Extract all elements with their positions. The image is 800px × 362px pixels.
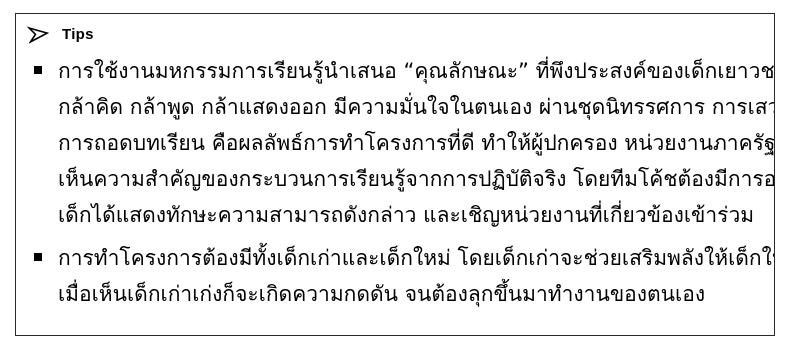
tip-line: เด็กได้แสดงทักษะความสามารถดังกล่าว และเช… (58, 197, 775, 233)
tips-header-label: Tips (62, 26, 94, 43)
tip-line: การถอดบทเรียน คือผลลัพธ์การทำโครงการที่ด… (58, 125, 775, 161)
tip-item-text: การใช้งานมหกรรมการเรียนรู้นำเสนอ “คุณลัก… (58, 53, 775, 233)
tip-line: การทำโครงการต้องมีทั้งเด็กเก่าและเด็กใหม… (58, 240, 775, 276)
tip-line: เมื่อเห็นเด็กเก่าเก่งก็จะเกิดความกดดัน จ… (58, 276, 775, 312)
tip-line: กล้าคิด กล้าพูด กล้าแสดงออก มีความมั่นใจ… (58, 89, 775, 125)
tip-line: เห็นความสำคัญของกระบวนการเรียนรู้จากการป… (58, 161, 775, 197)
tips-header: Tips (28, 23, 774, 45)
square-bullet-icon (34, 66, 42, 74)
tip-line: การใช้งานมหกรรมการเรียนรู้นำเสนอ “คุณลัก… (58, 53, 775, 89)
tips-box: Tips การใช้งานมหกรรมการเรียนรู้นำเสนอ “ค… (15, 13, 775, 336)
tips-item-list: การใช้งานมหกรรมการเรียนรู้นำเสนอ “คุณลัก… (16, 53, 774, 312)
tip-item-text: การทำโครงการต้องมีทั้งเด็กเก่าและเด็กใหม… (58, 240, 775, 312)
tip-item: การทำโครงการต้องมีทั้งเด็กเก่าและเด็กใหม… (34, 240, 774, 312)
arrowhead-right-icon (28, 25, 49, 43)
tip-item: การใช้งานมหกรรมการเรียนรู้นำเสนอ “คุณลัก… (34, 53, 774, 233)
square-bullet-icon (34, 253, 42, 261)
